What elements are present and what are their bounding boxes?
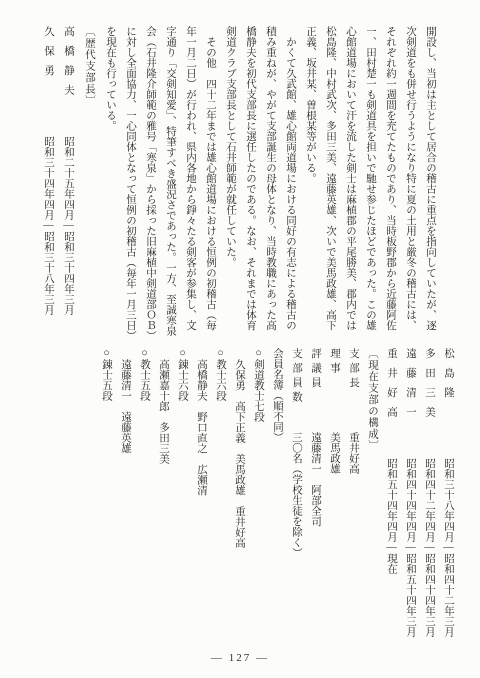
- rank-heading: ○錬士五段: [97, 348, 116, 660]
- prose-line: かくて久武館、雄心館両道場における同好の有志による稽古の: [280, 26, 300, 348]
- rank-heading: ○剣道教士七段: [249, 348, 268, 660]
- document-page: 開設し、当初は主として居合の稽古に重点を指向していたが、逐次剣道をも併せ行うよう…: [0, 0, 480, 678]
- chief-entry: 松島隆昭和三十八年四月—昭和四十二年三月: [439, 348, 458, 660]
- prose-line: 正義、坂井某、曽根某等がいる。: [300, 26, 320, 348]
- rank-members: 久保勇 高下正義 美馬政雄 重井好高: [230, 348, 249, 660]
- roster-heading: 会員名簿（順不同）: [268, 348, 287, 660]
- prose-line: を現在も行っている。: [100, 26, 120, 348]
- chief-name: 高橋静夫: [58, 26, 78, 122]
- chief-name: 重井好高: [382, 348, 401, 444]
- chief-entry: 久保勇昭和三十四年四月—昭和三十八年三月: [38, 26, 58, 348]
- prose-line: 一、田村楚一も剣道具を担いで馳せ参じたほどであった。この雄: [360, 26, 380, 348]
- chief-entry: 高橋静夫昭和二十五年四月—昭和三十四年三月: [58, 26, 78, 348]
- prose-line: 橋静夫を初代支部長に選任したのである。なお、それまでは体育: [240, 26, 260, 348]
- chief-term: 昭和五十四年四月—現在: [386, 458, 397, 574]
- chief-name: 松島隆: [439, 348, 458, 444]
- heading-genzai-kosei: 〔現在支部の構成〕: [363, 348, 382, 660]
- prose-line: 松島隆、中村武次、多田三美、遠藤英雄、次いで美馬政雄、高下: [320, 26, 340, 348]
- chief-name: 久保勇: [38, 26, 58, 122]
- rank-heading: ○教士六段: [211, 348, 230, 660]
- chief-term: 昭和四十四年四月—昭和五十四年三月: [405, 458, 416, 637]
- prose-line: 開設し、当初は主として居合の稽古に重点を指向していたが、逐: [420, 26, 440, 348]
- officer-row: 理事美馬政雄: [325, 348, 344, 660]
- chief-term: 昭和二十五年四月—昭和三十四年三月: [63, 136, 74, 315]
- prose-line: 字通り「交剣知愛」、特筆すべき盛況さであった。一方、至誠寒泉: [160, 26, 180, 348]
- page-number: — 127 —: [0, 652, 480, 664]
- chief-name: 遠藤清一: [401, 348, 420, 444]
- officer-names: 重井好高: [348, 432, 359, 474]
- chief-term: 昭和三十四年四月—昭和三十八年三月: [43, 136, 54, 315]
- officer-row: 評議員遠藤清一 阿部全司: [306, 348, 325, 660]
- chief-entry: 遠藤清一昭和四十四年四月—昭和五十四年三月: [401, 348, 420, 660]
- officer-names: 三〇名（学校生徒を除く）: [291, 432, 302, 558]
- prose-line: 会（石井隆介師範の雅号「寒泉」から採った旧麻植中剣道部ＯＢ）: [140, 26, 160, 348]
- chief-term: 昭和四十二年四月—昭和四十四年三月: [424, 458, 435, 637]
- officer-names: 美馬政雄: [329, 432, 340, 474]
- lower-text-band: 松島隆昭和三十八年四月—昭和四十二年三月 多田三美昭和四十二年四月—昭和四十四年…: [97, 348, 458, 660]
- officer-title: 理事: [325, 348, 344, 424]
- officer-names: 遠藤清一 阿部全司: [310, 432, 321, 527]
- main-paragraphs: 開設し、当初は主として居合の稽古に重点を指向していたが、逐次剣道をも併せ行うよう…: [100, 26, 440, 348]
- rank-members: 遠藤清一 遠藤英雄: [116, 348, 135, 660]
- heading-rekidai-shibucho: 〔歴代支部長〕: [78, 26, 100, 348]
- prose-line: その他 四十二年までは雄心館道場における恒例の初稽古（毎: [200, 26, 220, 348]
- chief-entry: 多田三美昭和四十二年四月—昭和四十四年三月: [420, 348, 439, 660]
- rank-heading: ○錬士六段: [173, 348, 192, 660]
- prose-line: 剣道クラブ支部長として石井師範が就任していた。: [220, 26, 240, 348]
- rank-members: 高橋静夫 野口直之 広瀬清: [192, 348, 211, 660]
- officer-title: 評議員: [306, 348, 325, 424]
- officer-title: 支部長: [344, 348, 363, 424]
- upper-text-band: 開設し、当初は主として居合の稽古に重点を指向していたが、逐次剣道をも併せ行うよう…: [38, 26, 440, 348]
- chief-entry: 重井好高昭和五十四年四月—現在: [382, 348, 401, 660]
- rank-members: 高瀬嘉十郎 多田三美: [154, 348, 173, 660]
- prose-line: 心館道場において汗を流した剣士は麻植郡の平尾勝美、郡内では: [340, 26, 360, 348]
- officer-row: 支部長重井好高: [344, 348, 363, 660]
- prose-line: それぞれ約一週間を充てたものであり、当時板野郡から近藤阿佐: [380, 26, 400, 348]
- chief-term: 昭和三十八年四月—昭和四十二年三月: [443, 458, 454, 637]
- chief-name: 多田三美: [420, 348, 439, 444]
- prose-line: に対し全面協力、一心同体となって恒例の初稽古（毎年一月三日）: [120, 26, 140, 348]
- prose-line: 年一月二日）が行われ、県内各地から錚々たる剣客が参集し、文: [180, 26, 200, 348]
- officer-title: 支部員数: [287, 348, 306, 424]
- prose-line: 次剣道をも併せ行うようになり特に夏の土用と厳冬の稽古には、: [400, 26, 420, 348]
- officer-row: 支部員数三〇名（学校生徒を除く）: [287, 348, 306, 660]
- prose-line: 積み重ねが、やがて支部誕生の母体となり、当時教職にあった高: [260, 26, 280, 348]
- rank-heading: ○教士五段: [135, 348, 154, 660]
